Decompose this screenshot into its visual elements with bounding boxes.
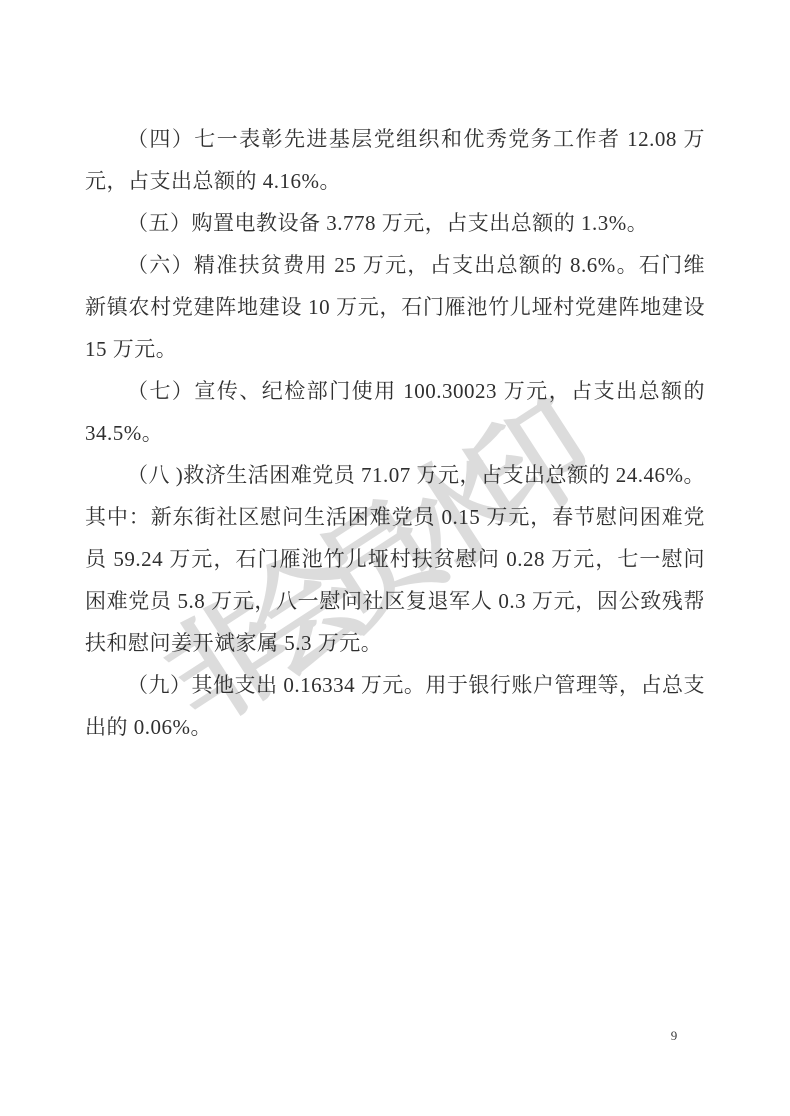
paragraph-item-4: （四）七一表彰先进基层党组织和优秀党务工作者 12.08 万元，占支出总额的 4… [85,118,705,202]
paragraph-item-8: （八 )救济生活困难党员 71.07 万元，占支出总额的 24.46%。其中：新… [85,454,705,664]
document-page: 非会员水印 （四）七一表彰先进基层党组织和优秀党务工作者 12.08 万元，占支… [0,0,790,1116]
paragraph-item-5: （五）购置电教设备 3.778 万元，占支出总额的 1.3%。 [85,202,705,244]
page-number: 9 [664,1028,684,1044]
paragraph-item-6: （六）精准扶贫费用 25 万元，占支出总额的 8.6%。石门维新镇农村党建阵地建… [85,244,705,370]
paragraph-item-9: （九）其他支出 0.16334 万元。用于银行账户管理等，占总支出的 0.06%… [85,664,705,748]
paragraph-item-7: （七）宣传、纪检部门使用 100.30023 万元，占支出总额的 34.5%。 [85,370,705,454]
document-body: （四）七一表彰先进基层党组织和优秀党务工作者 12.08 万元，占支出总额的 4… [85,118,705,748]
